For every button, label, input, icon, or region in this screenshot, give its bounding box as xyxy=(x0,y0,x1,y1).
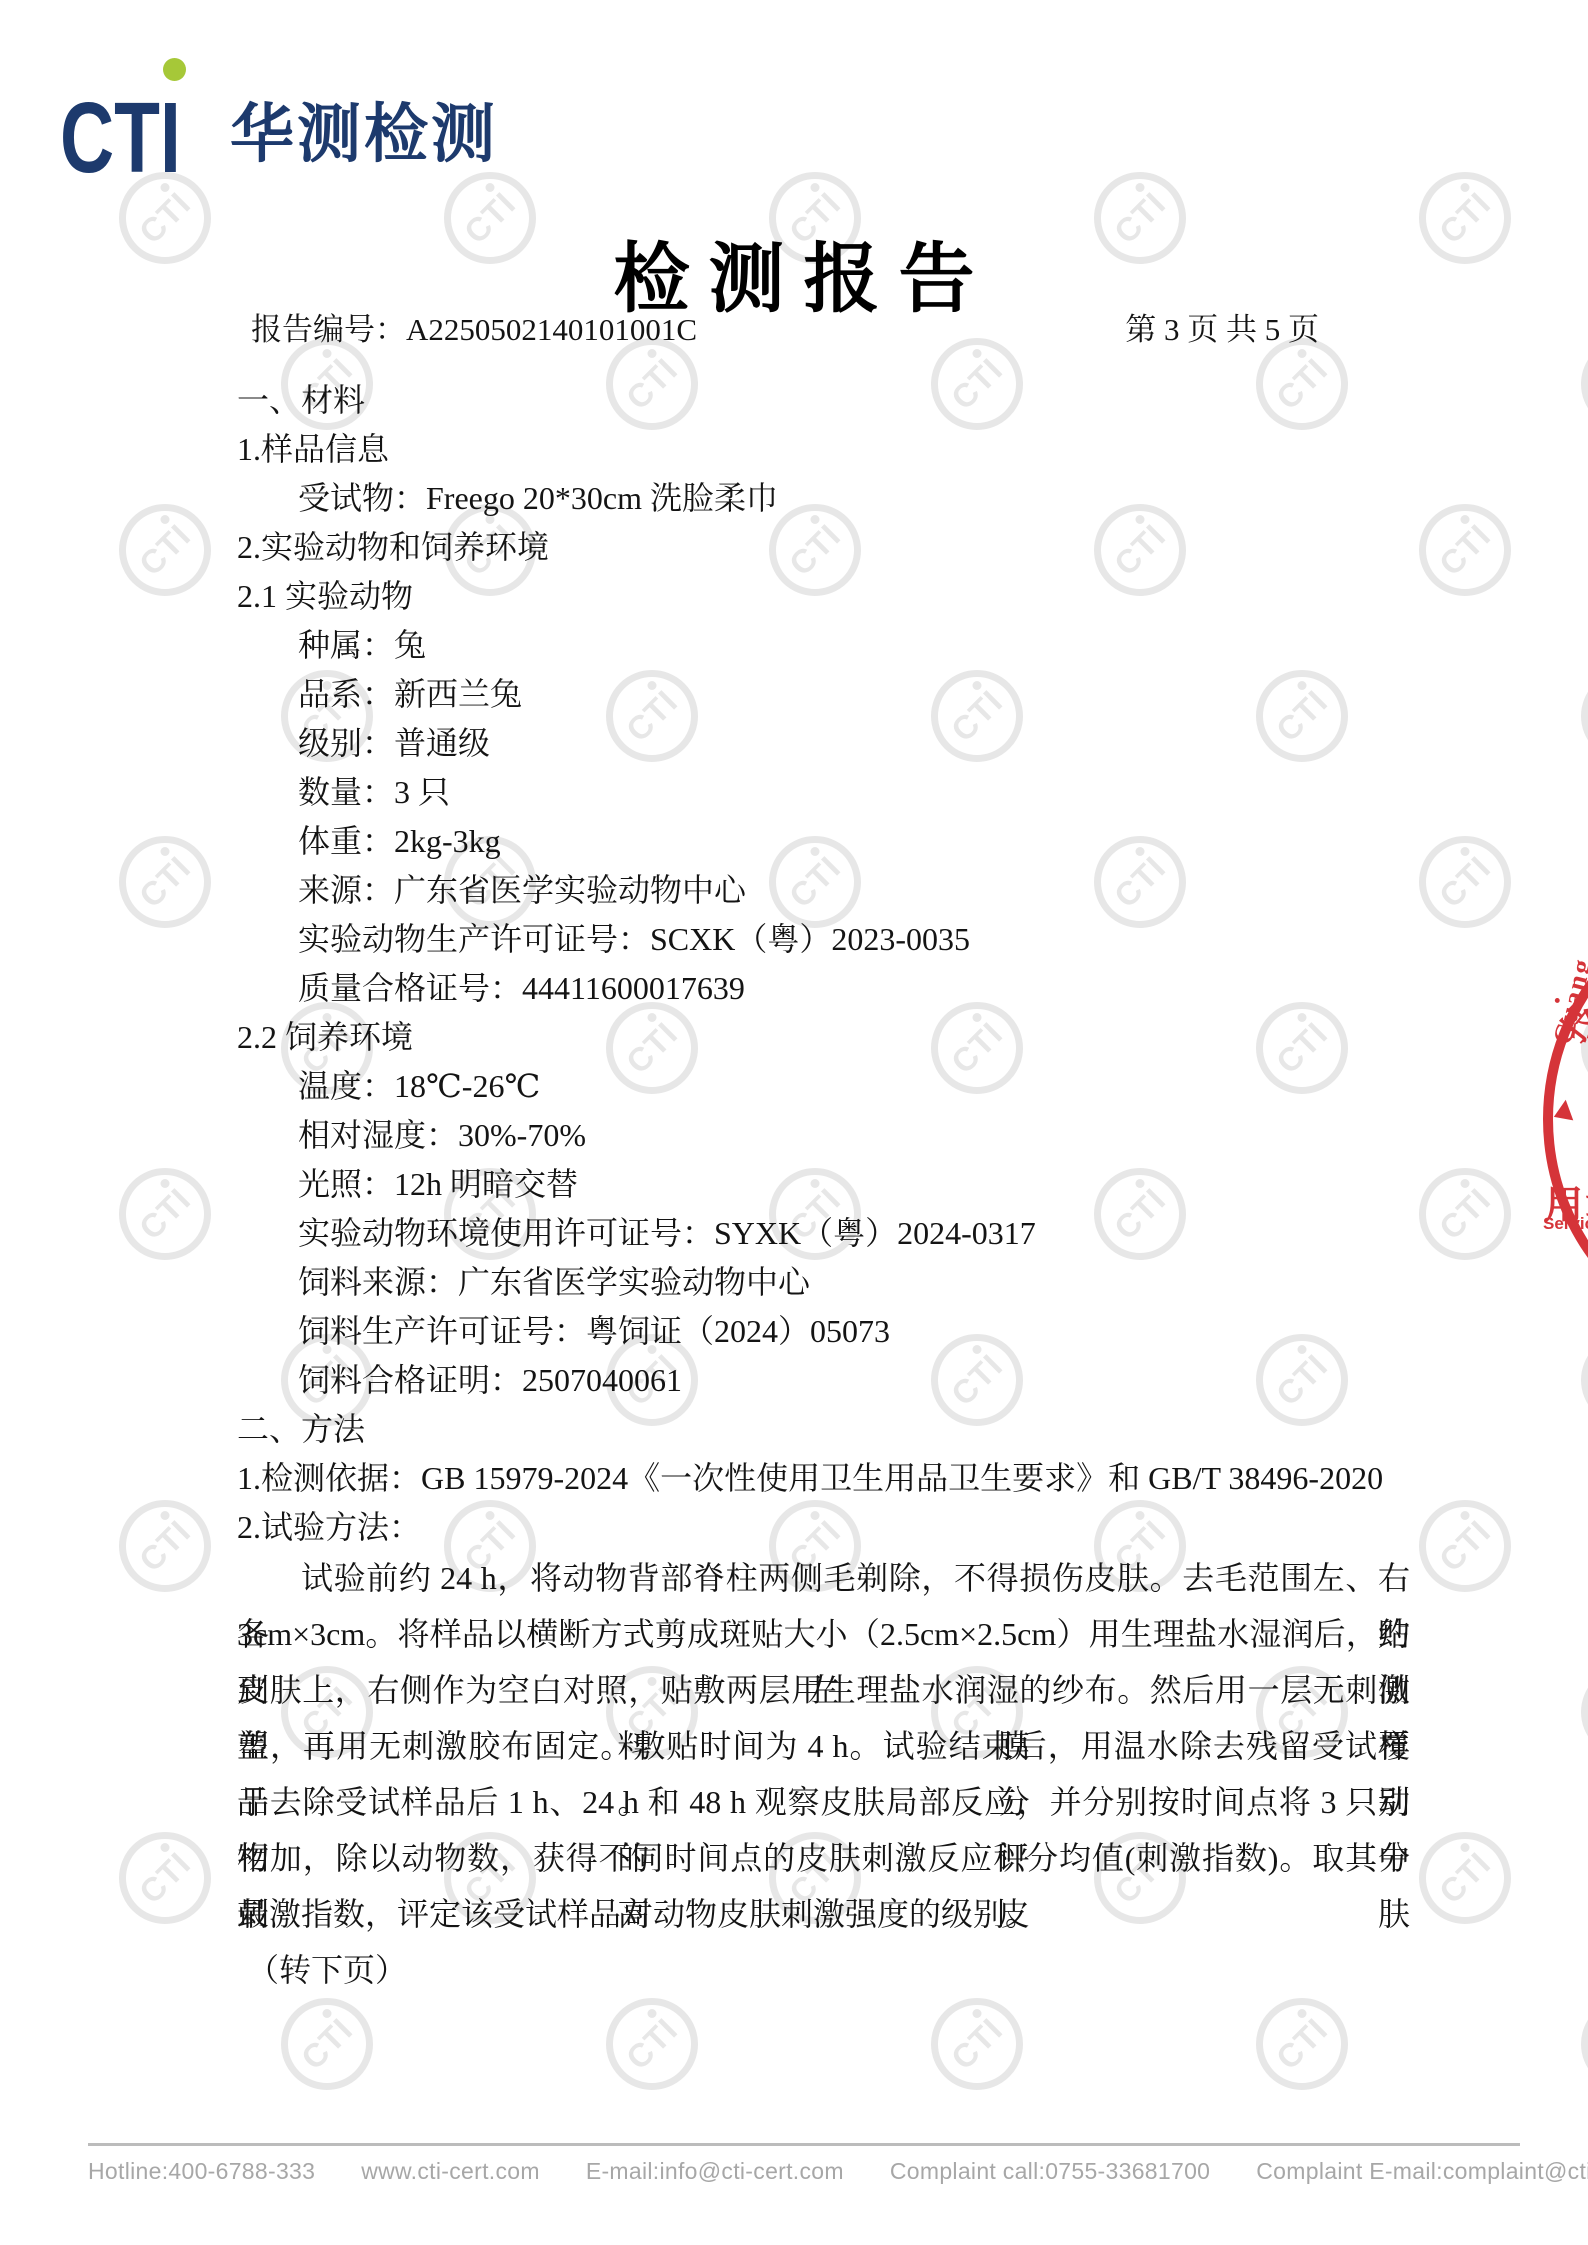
report-page: CTICTICTICTICTICTICTICTICTICTICTICTICTIC… xyxy=(0,0,1588,2245)
cti-watermark-icon: CTI xyxy=(1581,1998,1588,2090)
body-line: 2.2 饲养环境 xyxy=(237,1013,1410,1062)
body-line: 1.样品信息 xyxy=(237,425,1410,474)
body-line: 饲料合格证明：2507040061 xyxy=(237,1356,1410,1405)
report-number-label: 报告编号： xyxy=(251,312,406,347)
body-line: 体重：2kg-3kg xyxy=(237,817,1410,866)
cti-watermark-icon: CTI xyxy=(119,836,211,928)
footer-item: Complaint call:0755-33681700 xyxy=(890,2158,1210,2185)
method-paragraph: 试验前约 24 h，将动物背部脊柱两侧毛剃除，不得损伤皮肤。去毛范围左、右各约3… xyxy=(237,1550,1410,1942)
body-line: 2.实验动物和饲养环境 xyxy=(237,523,1410,572)
body-line: 质量合格证号：44411600017639 xyxy=(237,964,1410,1013)
body-line: 2.1 实验动物 xyxy=(237,572,1410,621)
cti-watermark-icon: CTI xyxy=(119,1168,211,1260)
cti-watermark-icon: CTI xyxy=(606,1998,698,2090)
cti-watermark-icon: CTI xyxy=(1581,1334,1588,1426)
body-line: 来源：广东省医学实验动物中心 xyxy=(237,866,1410,915)
seal-star-icon xyxy=(1550,1100,1573,1126)
cti-watermark-icon: CTI xyxy=(119,1832,211,1924)
cti-watermark-icon: CTI xyxy=(1581,1666,1588,1758)
logo-green-dot-icon xyxy=(163,58,186,81)
cti-watermark-icon: CTI xyxy=(1419,836,1511,928)
company-seal-stamp: · 技 Guang 用章 Services xyxy=(1543,882,1588,1356)
body-line: 种属：兔 xyxy=(237,621,1410,670)
body-line: 温度：18℃-26℃ xyxy=(237,1062,1410,1111)
cti-watermark-icon: CTI xyxy=(931,1998,1023,2090)
paragraph-line: 3cm×3cm。将样品以横断方式剪成斑贴大小（2.5cm×2.5cm）用生理盐水… xyxy=(237,1606,1410,1662)
body-line: 饲料来源：广东省医学实验动物中心 xyxy=(237,1258,1410,1307)
paragraph-line: 皮肤上，右侧作为空白对照，贴敷两层用生理盐水润湿的纱布。然后用一层无刺激塑料膜覆 xyxy=(237,1662,1410,1718)
footer-contact: Hotline:400-6788-333www.cti-cert.comE-ma… xyxy=(88,2158,1588,2185)
report-number-value: A2250502140101001C xyxy=(406,312,697,347)
report-meta-row: 报告编号：A2250502140101001C 第 3 页 共 5 页 xyxy=(251,310,1319,350)
paragraph-line: 试验前约 24 h，将动物背部脊柱两侧毛剃除，不得损伤皮肤。去毛范围左、右各约 xyxy=(237,1550,1410,1606)
paragraph-line: 相加，除以动物数，获得不同时间点的皮肤刺激反应积分均值(刺激指数)。取其中最高皮… xyxy=(237,1830,1410,1886)
body-line: 实验动物生产许可证号：SCXK（粤）2023-0035 xyxy=(237,915,1410,964)
body-line: 实验动物环境使用许可证号：SYXK（粤）2024-0317 xyxy=(237,1209,1410,1258)
body-line: 受试物：Freego 20*30cm 洗脸柔巾 xyxy=(237,474,1410,523)
cti-watermark-icon: CTI xyxy=(1581,670,1588,762)
cti-watermark-icon: CTI xyxy=(119,1500,211,1592)
body-line: 饲料生产许可证号：粤饲证（2024）05073 xyxy=(237,1307,1410,1356)
cti-watermark-icon: CTI xyxy=(119,504,211,596)
body-line: 品系：新西兰兔 xyxy=(237,670,1410,719)
cti-watermark-icon: CTI xyxy=(1581,338,1588,430)
body-line: 1.检测依据：GB 15979-2024《一次性使用卫生用品卫生要求》和 GB/… xyxy=(237,1454,1410,1503)
body-line: 2.试验方法： xyxy=(237,1503,1410,1552)
logo-cti-text: CTI xyxy=(60,88,181,188)
cti-watermark-icon: CTI xyxy=(1419,504,1511,596)
continued-note: （转下页） xyxy=(247,1946,407,1995)
footer-item: Hotline:400-6788-333 xyxy=(88,2158,315,2185)
paragraph-line: 盖，再用无刺激胶布固定。敷贴时间为 4 h。试验结束后，用温水除去残留受试样品。… xyxy=(237,1718,1410,1774)
page-indicator: 第 3 页 共 5 页 xyxy=(1125,310,1319,350)
report-number: 报告编号：A2250502140101001C xyxy=(251,310,697,350)
logo-chinese-text: 华测检测 xyxy=(230,96,498,173)
footer-item: www.cti-cert.com xyxy=(361,2158,540,2185)
footer-divider xyxy=(88,2143,1520,2146)
body-line: 数量：3 只 xyxy=(237,768,1410,817)
body-line: 二、方法 xyxy=(237,1405,1410,1454)
footer-item: Complaint E-mail:complaint@cti-cert.com xyxy=(1256,2158,1588,2185)
report-body: 一、材料1.样品信息受试物：Freego 20*30cm 洗脸柔巾2.实验动物和… xyxy=(237,376,1410,1552)
cti-watermark-icon: CTI xyxy=(1419,1500,1511,1592)
cti-watermark-icon: CTI xyxy=(1419,1832,1511,1924)
cti-watermark-icon: CTI xyxy=(281,1998,373,2090)
body-line: 一、材料 xyxy=(237,376,1410,425)
paragraph-line: 于去除受试样品后 1 h、24 h 和 48 h 观察皮肤局部反应，并分别按时间… xyxy=(237,1774,1410,1830)
body-line: 光照：12h 明暗交替 xyxy=(237,1160,1410,1209)
seal-sub-text: Services xyxy=(1543,1214,1588,1234)
body-line: 相对湿度：30%-70% xyxy=(237,1111,1410,1160)
body-line: 级别：普通级 xyxy=(237,719,1410,768)
footer-item: E-mail:info@cti-cert.com xyxy=(586,2158,844,2185)
cti-watermark-icon: CTI xyxy=(1256,1998,1348,2090)
cti-watermark-icon: CTI xyxy=(1419,1168,1511,1260)
